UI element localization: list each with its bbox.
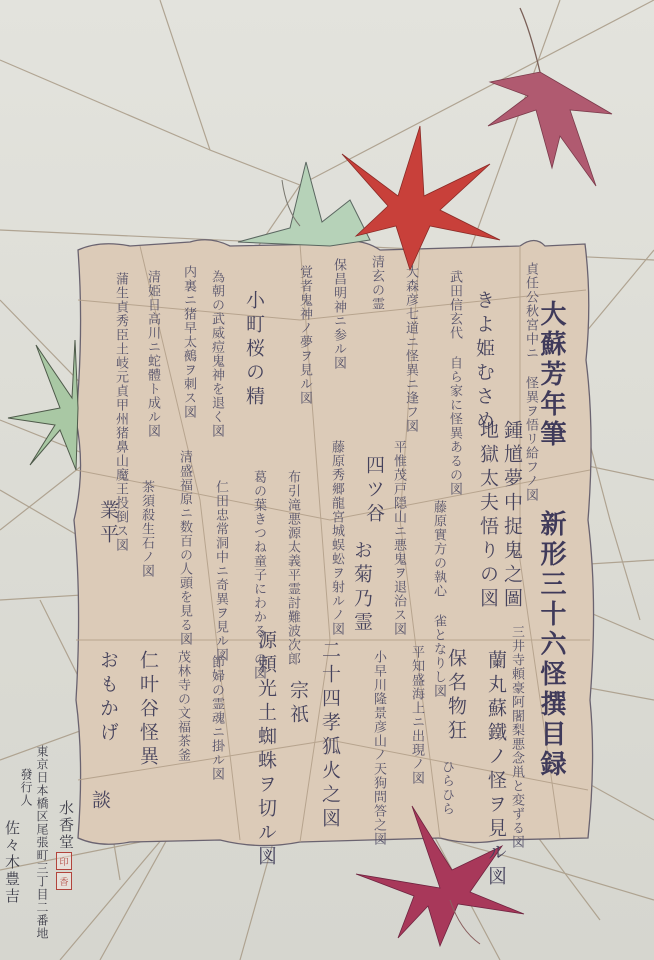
seal-top-icon: 印 <box>56 852 72 870</box>
column-c5: 蘭丸蘇鐵ノ怪ヲ見ル図 <box>486 650 505 890</box>
column-c10-sub: お菊乃霊 <box>352 540 371 636</box>
column-c21: 業平 <box>98 500 117 548</box>
engraver-signature: 水香堂 <box>58 800 73 851</box>
column-c16: 仁田忠常洞中ニ奇異ヲ見ル図 <box>214 480 227 662</box>
column-c23: 談 <box>90 790 109 814</box>
publisher-name: 佐々木豊吉 <box>4 820 19 905</box>
column-c12-sub: 保昌明神ニ参ル図 <box>332 258 345 370</box>
publisher-address: 東京日本橋区尾張町三丁目二番地 <box>36 745 48 940</box>
column-c14-sub: 覚者鬼神ノ夢ヲ見ル図 <box>298 265 311 405</box>
column-c2: 三井寺頼豪阿闍梨悪念鼡と変ずる図 <box>510 625 523 849</box>
column-c19-sub: 清姫日高川ニ蛇體ト成ル図 <box>146 270 159 438</box>
column-c22: おもかげ <box>98 650 117 746</box>
column-c13-sub: 布引滝悪源太義平霊討難波次郎 <box>286 470 299 666</box>
column-c10: 小早川隆景彦山ノ天狗問答之図 <box>372 650 385 846</box>
column-c6: 保名物狂 <box>446 648 465 744</box>
column-c14: 葛の葉きつね童子にわかるゝの図 <box>252 470 265 680</box>
column-c19: 仁叶谷怪異 <box>138 650 157 770</box>
column-c7-sub: 平惟茂戸隠山ニ悪鬼ヲ退治ス図 <box>392 440 405 636</box>
column-c8: 平知盛海上ニ出現ノ図 <box>410 645 423 785</box>
red-maple-leaf-icon <box>342 126 500 270</box>
column-c3: きよ姫むさめ <box>474 290 493 434</box>
publisher-label: 發行人 <box>20 768 32 807</box>
column-c9-sub: 清玄の霊 <box>370 255 383 311</box>
green-maple-leaf-top-icon <box>238 162 370 246</box>
column-c15: 小町桜の精 <box>244 290 263 410</box>
column-c6-sub: ひらひら <box>440 760 453 816</box>
column-c3-sub: 武田信玄代 自ら家に怪異あるの図 <box>448 270 461 496</box>
artist-brush-title: 大蘇芳年筆 <box>538 300 564 450</box>
column-c11: 二十四孝狐火之図 <box>320 640 339 832</box>
column-c1: 鍾馗夢中捉鬼之圖 <box>502 420 521 612</box>
column-c7: 大森彦七道ニ怪異ニ逢フ図 <box>404 265 417 433</box>
column-c4: 地獄太夫悟りの図 <box>478 420 497 612</box>
column-c12: 宗祇 <box>288 680 307 728</box>
column-c17-sub: 清盛福原ニ数百の人頭を見る図 <box>178 450 191 646</box>
seal-bottom-icon: 香 <box>56 872 72 890</box>
series-title: 新形三十六怪撰目録 <box>538 510 564 780</box>
mauve-maple-leaf-icon <box>488 8 612 186</box>
column-c20: 茶須殺生石ノ図 <box>140 480 153 578</box>
green-maple-leaf-left-icon <box>8 340 78 470</box>
column-c9: 四ツ谷 <box>364 455 383 527</box>
column-c16-sub: 為朝の武威痘鬼神を退く図 <box>210 270 223 438</box>
column-c18: 内裏ニ猪早太鵺ヲ刺ス図 <box>182 265 195 419</box>
column-c5-sub: 藤原實方の執心 雀となりし図 <box>432 500 445 698</box>
column-c17: 茂林寺の文福茶釜 <box>176 650 189 762</box>
column-c1-sub: 貞任公秋宮中ニ 怪異ヲ悟リ給フノ図 <box>524 262 537 502</box>
column-c15-sub: 節婦の霊魂ニ掛ル図 <box>210 655 223 781</box>
column-c11-sub: 藤原秀郷龍宮城蜈蚣ヲ射ルノ図 <box>330 440 343 636</box>
